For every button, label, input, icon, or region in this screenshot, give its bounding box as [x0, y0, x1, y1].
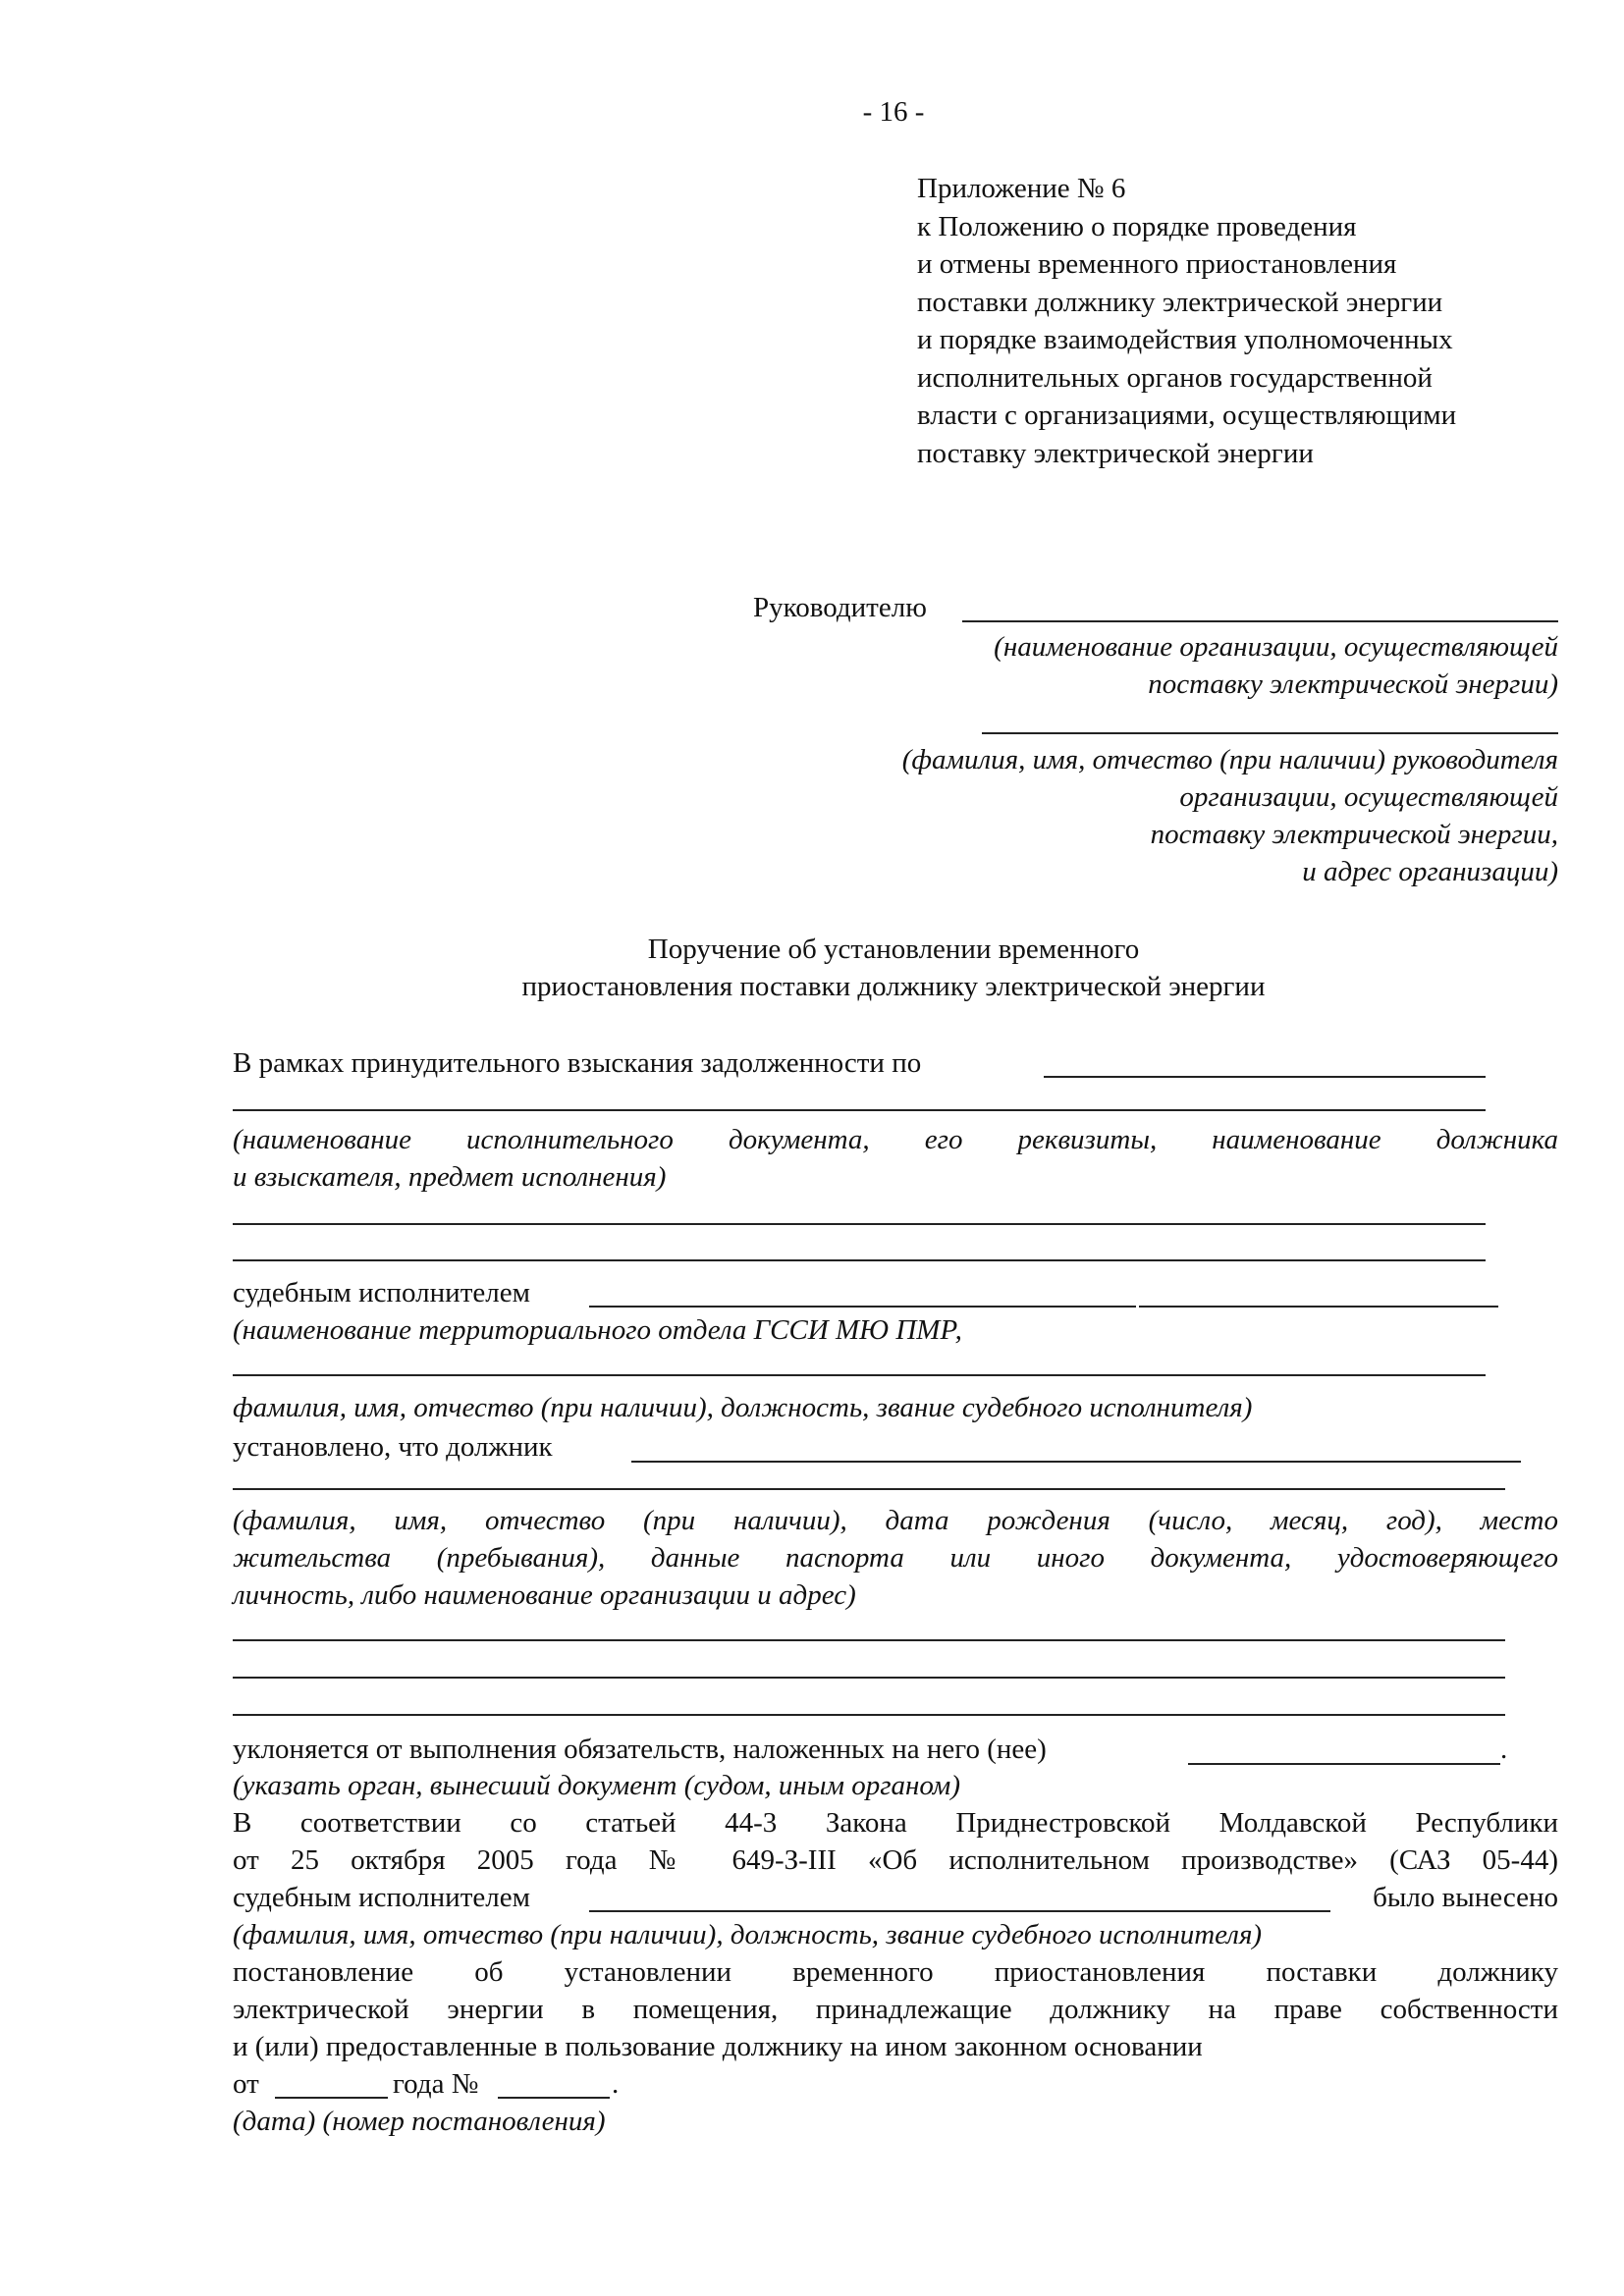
debtor-label: установлено, что должник — [233, 1428, 553, 1466]
law-line-1: В соответствии со статьей 44-3 Закона Пр… — [233, 1804, 1558, 1842]
intro-text: В рамках принудительного взыскания задол… — [233, 1044, 921, 1082]
date-field[interactable] — [275, 2097, 388, 2099]
decision-line-2: электрической энергии в помещения, прина… — [233, 1991, 1558, 2028]
debt-doc-field-2[interactable] — [233, 1109, 1486, 1111]
page-number: - 16 - — [0, 96, 1624, 129]
decision-line-3: и (или) предоставленные в пользование до… — [233, 2028, 1203, 2065]
issued-text: было вынесено — [1373, 1879, 1558, 1916]
debtor-details-field-3[interactable] — [233, 1714, 1505, 1716]
doc-hint-1: (наименование исполнительного документа,… — [233, 1121, 1558, 1158]
head-hint-4: и адрес организации) — [1302, 853, 1558, 890]
debtor-details-field-2[interactable] — [233, 1677, 1505, 1679]
dept-hint: (наименование территориального отдела ГС… — [233, 1311, 962, 1349]
decision-line-1: постановление об установлении временного… — [233, 1953, 1558, 1991]
debtor-field-2[interactable] — [233, 1488, 1505, 1490]
org-hint-2: поставку электрической энергии) — [1148, 666, 1558, 703]
bailiff-name-field-2[interactable] — [589, 1910, 1330, 1912]
debtor-field[interactable] — [631, 1461, 1521, 1463]
appendix-line: поставки должнику электрической энергии — [917, 284, 1456, 322]
head-name-field[interactable] — [982, 732, 1558, 734]
addressee-label: Руководителю — [753, 589, 927, 626]
appendix-header: Приложение № 6 к Положению о порядке про… — [917, 170, 1456, 472]
head-hint-2: организации, осуществляющей — [1179, 778, 1558, 816]
date-number-hint: (дата) (номер постановления) — [233, 2103, 606, 2140]
bailiff-field[interactable] — [1139, 1306, 1498, 1308]
document-title-2: приостановления поставки должнику электр… — [0, 968, 1624, 1005]
debtor-hint-1: (фамилия, имя, отчество (при наличии), д… — [233, 1502, 1558, 1539]
appendix-line: и порядке взаимодействия уполномоченных — [917, 321, 1456, 359]
debtor-details-field-1[interactable] — [233, 1639, 1505, 1641]
evades-dot: . — [1500, 1731, 1507, 1768]
year-number-label: года № — [393, 2065, 478, 2103]
doc-details-field-1[interactable] — [233, 1223, 1486, 1225]
organ-hint: (указать орган, вынесший документ (судом… — [233, 1767, 960, 1804]
dept-field[interactable] — [589, 1306, 1136, 1308]
end-dot: . — [612, 2065, 619, 2103]
bailiff-label: судебным исполнителем — [233, 1274, 530, 1311]
appendix-line: власти с организациями, осуществляющими — [917, 397, 1456, 435]
doc-details-field-2[interactable] — [233, 1259, 1486, 1261]
debtor-hint-3: личность, либо наименование организации … — [233, 1576, 856, 1614]
debtor-hint-2: жительства (пребывания), данные паспорта… — [233, 1539, 1558, 1576]
appendix-line: исполнительных органов государственной — [917, 359, 1456, 398]
debt-doc-field[interactable] — [1044, 1076, 1486, 1078]
appendix-line: Приложение № 6 — [917, 170, 1456, 208]
head-hint-1: (фамилия, имя, отчество (при наличии) ру… — [902, 741, 1558, 778]
bailiff-label-2: судебным исполнителем — [233, 1879, 530, 1916]
bailiff-hint: фамилия, имя, отчество (при наличии), до… — [233, 1389, 1252, 1426]
doc-hint-2: и взыскателя, предмет исполнения) — [233, 1158, 666, 1196]
org-hint-1: (наименование организации, осуществляюще… — [994, 628, 1558, 666]
appendix-line: к Положению о порядке проведения — [917, 208, 1456, 246]
bailiff-name-field[interactable] — [233, 1374, 1486, 1376]
head-hint-3: поставку электрической энергии, — [1151, 816, 1558, 853]
appendix-line: и отмены временного приостановления — [917, 245, 1456, 284]
bailiff-hint-2: (фамилия, имя, отчество (при наличии), д… — [233, 1916, 1262, 1953]
document-title-1: Поручение об установлении временного — [0, 931, 1624, 968]
from-label: от — [233, 2065, 259, 2103]
organ-field[interactable] — [1188, 1763, 1500, 1765]
appendix-line: поставку электрической энергии — [917, 435, 1456, 473]
evades-text: уклоняется от выполнения обязательств, н… — [233, 1731, 1047, 1768]
law-line-2: от 25 октября 2005 года № 649-З-III «Об … — [233, 1842, 1558, 1879]
org-name-field[interactable] — [962, 620, 1558, 622]
decision-number-field[interactable] — [498, 2097, 610, 2099]
